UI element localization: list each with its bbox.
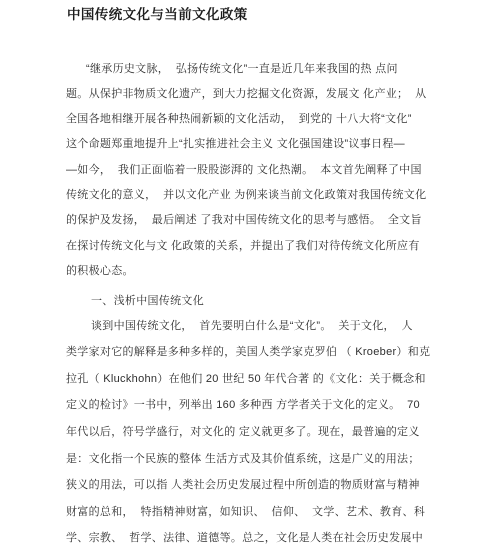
paragraph1-line: 的积极心态。 (66, 264, 134, 278)
paragraph2-line: 拉孔（ Kluckhohn）在他们 20 世纪 50 年代合著 的《文化：关于概… (66, 372, 426, 386)
paragraph2-line: 定义的检讨》一书中，列举出 160 多种西 方学者关于文化的定义。 70 (66, 398, 420, 412)
paragraph2-line: 狭义的用法，可以指 人类社会历史发展过程中所创造的物质财富与精神 (66, 478, 420, 492)
paragraph2-line: 是：文化指一个民族的整体 生活方式及其价值系统，这是广义的用法； (66, 452, 420, 466)
paragraph1-line: 全国各地相继开展各种热闹新颖的文化活动， 到党的 十八大将“文化” (66, 112, 412, 126)
paragraph2-line: 财富的总和， 特指精神财富，如知识、 信仰、 文学、艺术、教育、科 (66, 505, 425, 519)
paragraph1-line: —如今， 我们正面临着一股股澎湃的 文化热潮。 本文首先阐释了中国 (66, 163, 422, 177)
document-title: 中国传统文化与当前文化政策 (67, 3, 248, 23)
paragraph2-line: 谈到中国传统文化， 首先要明白什么是“文化”。 关于文化， 人 (91, 319, 413, 333)
paragraph1-line: 在探讨传统文化与文 化政策的关系，并提出了我们对待传统文化所应有 (66, 239, 420, 253)
paragraph2-line: 年代以后，符号学盛行，对文化的 定义就更多了。现在，最普遍的定义 (66, 425, 420, 439)
section-heading: 一、浅析中国传统文化 (91, 294, 204, 308)
paragraph2-line: 类学家对它的解释是多种多样的，美国人类学家克罗伯 （ Kroeber）和克 (66, 345, 430, 359)
paragraph1-line: 的保护及发扬， 最后阐述 了我对中国传统文化的思考与感悟。 全文旨 (66, 213, 422, 227)
paragraph1-line: 传统文化的意义， 并以文化产业 为例来谈当前文化政策对我国传统文化 (66, 188, 426, 202)
paragraph2-line: 学、宗教、 哲学、法律、道德等。总之，文化是人类在社会历史发展中 (66, 531, 423, 545)
paragraph1-line: 这个命题郑重地提升上“扎实推进社会主义 文化强国建设”议事日程— (66, 137, 405, 151)
paragraph1-line: “继承历史文脉， 弘扬传统文化”一直是近几年来我国的热 点问 (86, 62, 398, 76)
paragraph1-line: 题。从保护非物质文化遗产，到大力挖掘文化资源，发展文 化产业； 从 (66, 87, 426, 101)
document-page: 中国传统文化与当前文化政策 “继承历史文脉， 弘扬传统文化”一直是近几年来我国的… (0, 0, 500, 553)
